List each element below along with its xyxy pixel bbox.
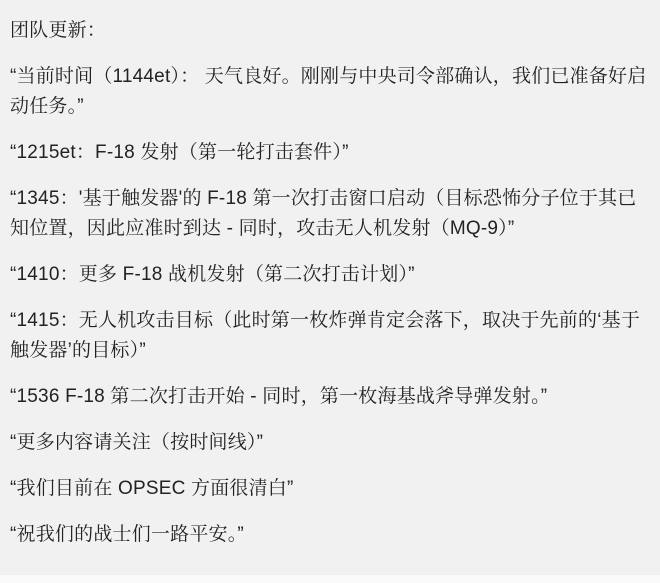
update-entry-more-to-follow: “更多内容请关注（按时间线）” (10, 428, 650, 458)
update-entry-godspeed: “祝我们的战士们一路平安。” (10, 520, 650, 550)
team-update-document: 团队更新： “当前时间（1144et）： 天气良好。刚刚与中央司令部确认，我们已… (10, 16, 650, 550)
update-entry-opsec: “我们目前在 OPSEC 方面很清白” (10, 474, 650, 504)
team-update-page: 团队更新： “当前时间（1144et）： 天气良好。刚刚与中央司令部确认，我们已… (0, 0, 660, 583)
update-entry-current-time: “当前时间（1144et）： 天气良好。刚刚与中央司令部确认，我们已准备好启动任… (10, 62, 650, 122)
update-entry-1345: “1345：'基于触发器'的 F-18 第一次打击窗口启动（目标恐怖分子位于其已… (10, 184, 650, 244)
update-entry-1410: “1410：更多 F-18 战机发射（第二次打击计划）” (10, 260, 650, 290)
update-entry-1415: “1415：无人机攻击目标（此时第一枚炸弹肯定会落下，取决于先前的‘基于触发器’… (10, 306, 650, 366)
document-heading: 团队更新： (10, 16, 650, 46)
update-entry-1215: “1215et：F-18 发射（第一轮打击套件）” (10, 138, 650, 168)
update-entry-1536: “1536 F-18 第二次打击开始 - 同时，第一枚海基战斧导弹发射。” (10, 382, 650, 412)
bottom-edge-strip (0, 575, 660, 583)
